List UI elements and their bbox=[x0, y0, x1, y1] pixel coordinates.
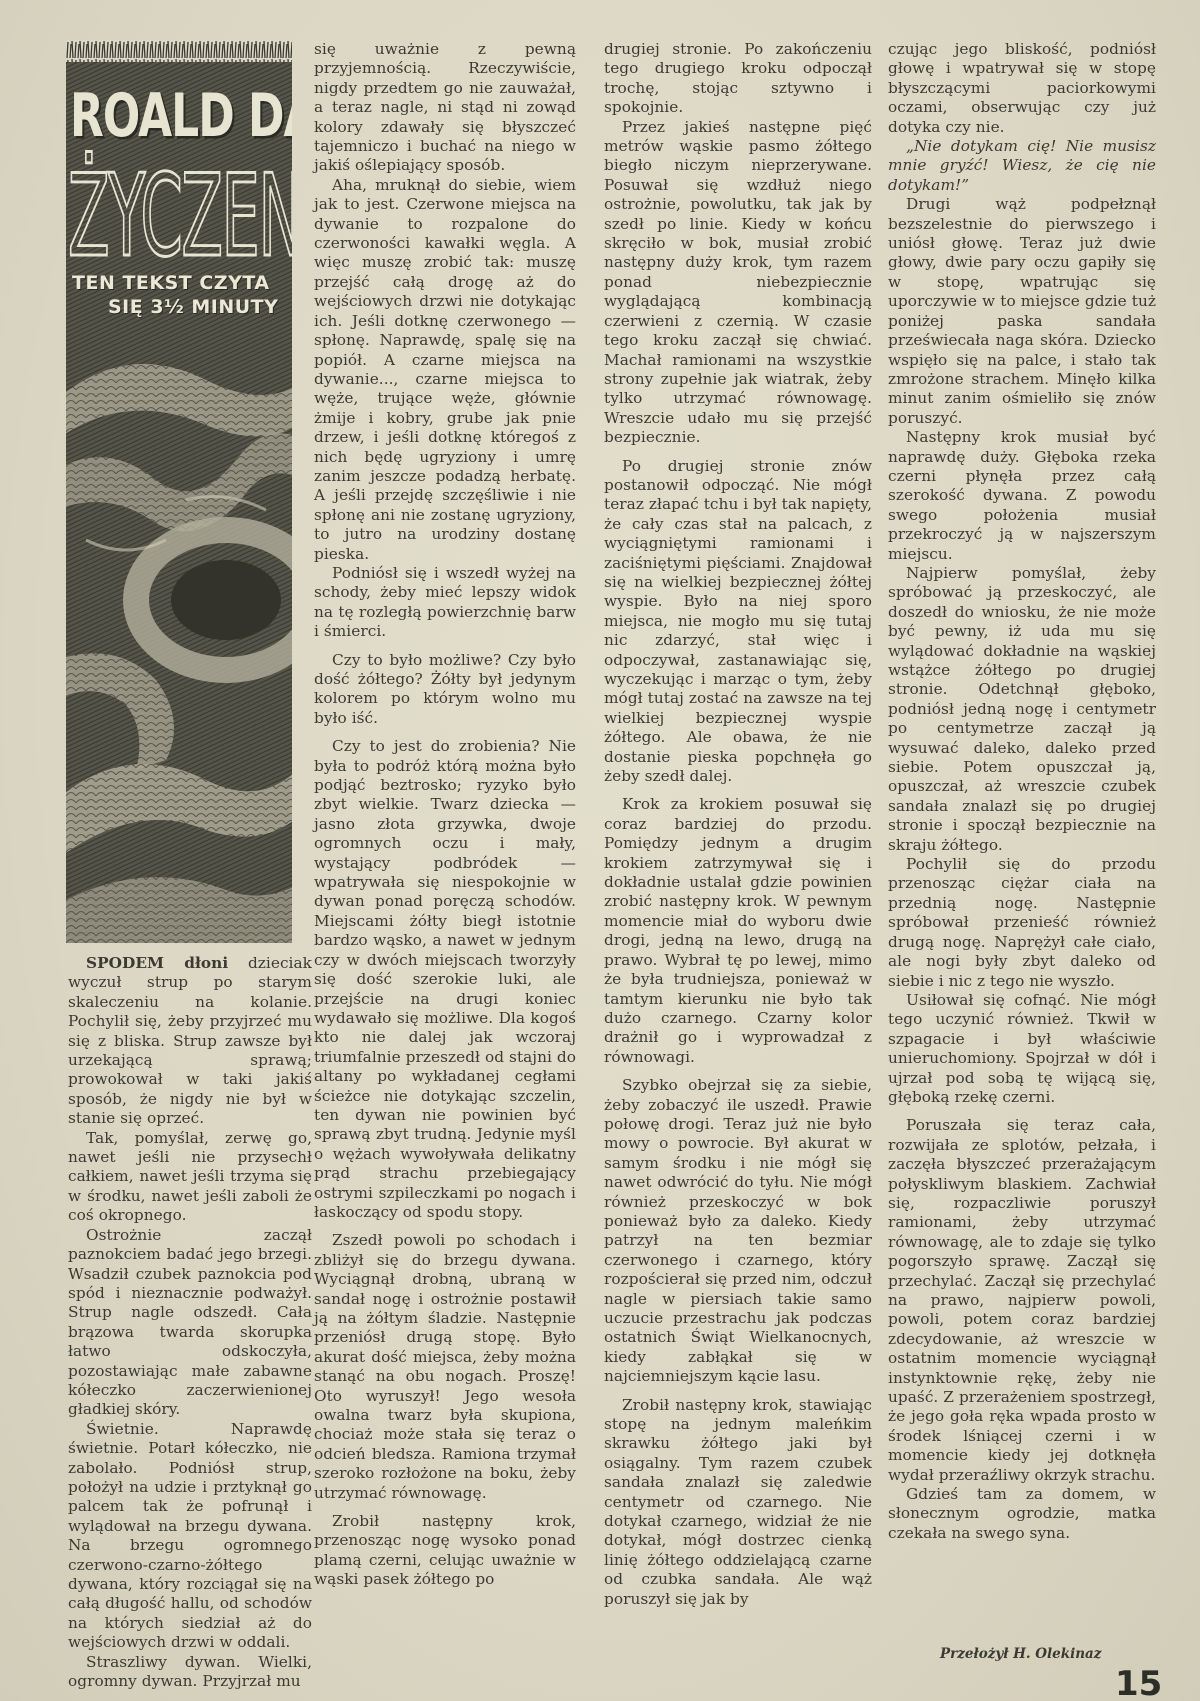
paragraph: Zrobił następny krok, stawiając stopę na… bbox=[604, 1396, 872, 1609]
paragraph: Krok za krokiem posuwał się coraz bardzi… bbox=[604, 795, 872, 1067]
paragraph: drugiej stronie. Po zakończeniu tego dru… bbox=[604, 40, 872, 118]
paragraph: się uważnie z pewną przyjemnością. Rzecz… bbox=[314, 40, 576, 176]
paragraph: Po drugiej stronie znów postanowił odpoc… bbox=[604, 457, 872, 787]
paragraph: Świetnie. Naprawdę świetnie. Potarł kółe… bbox=[68, 1420, 312, 1653]
paragraph: Drugi wąż podpełznął bezszelestnie do pi… bbox=[888, 195, 1156, 428]
text-column-1: SPODEM dłoni dzieciak wyczuł strup po st… bbox=[68, 954, 312, 1691]
text-column-2: się uważnie z pewną przyjemnością. Rzecz… bbox=[314, 40, 576, 1590]
paragraph: Szybko obejrzał się za siebie, żeby zoba… bbox=[604, 1076, 872, 1387]
paragraph: czując jego bliskość, podniósł głowę i w… bbox=[888, 40, 1156, 137]
paragraph: Pochylił się do przodu przenosząc ciężar… bbox=[888, 855, 1156, 991]
paragraph: Tak, pomyślał, zerwę go, nawet jeśli nie… bbox=[68, 1129, 312, 1226]
title-block: ROALD DAHL ŻYCZENIE TEN TEKST CZYTA SIĘ … bbox=[66, 40, 292, 340]
paragraph: Podniósł się i wszedł wyżej na schody, ż… bbox=[314, 564, 576, 642]
reading-time-line-1: TEN TEKST CZYTA bbox=[72, 272, 270, 294]
paragraph: Następny krok musiał być naprawdę duży. … bbox=[888, 428, 1156, 564]
paragraph: Poruszała się teraz cała, rozwijała ze s… bbox=[888, 1116, 1156, 1485]
paragraph: Przez jakieś następne pięć metrów wąskie… bbox=[604, 118, 872, 448]
story-title: ŻYCZENIE bbox=[68, 152, 241, 283]
paragraph: Zszedł powoli po schodach i zbliżył się … bbox=[314, 1231, 576, 1503]
paragraph: Aha, mruknął do siebie, wiem jak to jest… bbox=[314, 176, 576, 564]
paragraph: Czy to było możliwe? Czy było dość żółte… bbox=[314, 651, 576, 729]
text-column-3: drugiej stronie. Po zakończeniu tego dru… bbox=[604, 40, 872, 1609]
paragraph: Straszliwy dywan. Wielki, ogromny dywan.… bbox=[68, 1653, 312, 1692]
translator-credit: Przełożył H. Olekinaz bbox=[940, 1646, 1101, 1662]
paragraph: SPODEM dłoni dzieciak wyczuł strup po st… bbox=[68, 954, 312, 1129]
paragraph: Najpierw pomyślał, żeby spróbować ją prz… bbox=[888, 564, 1156, 855]
paragraph: Usiłował się cofnąć. Nie mógł tego uczyn… bbox=[888, 991, 1156, 1107]
text-column-4: czując jego bliskość, podniósł głowę i w… bbox=[888, 40, 1156, 1543]
reading-time-line-2: SIĘ 3½ MINUTY bbox=[108, 296, 278, 318]
paragraph: Zrobił następny krok, przenosząc nogę wy… bbox=[314, 1512, 576, 1590]
lead-in: SPODEM dłoni bbox=[86, 954, 228, 972]
author-name: ROALD DAHL bbox=[70, 82, 288, 151]
italic-dialogue: „Nie dotykam cię! Nie musisz mnie gryźć!… bbox=[888, 137, 1156, 195]
story-illustration: ROALD DAHL ŻYCZENIE TEN TEKST CZYTA SIĘ … bbox=[66, 40, 292, 943]
paragraph: Gdzieś tam za domem, w słonecznym ogrodz… bbox=[888, 1485, 1156, 1543]
magazine-page: ROALD DAHL ŻYCZENIE TEN TEKST CZYTA SIĘ … bbox=[0, 0, 1200, 1701]
paragraph-text: dzieciak wyczuł strup po starym skalecze… bbox=[68, 954, 312, 1127]
paragraph: Ostrożnie zaczął paznokciem badać jego b… bbox=[68, 1226, 312, 1420]
paragraph: Czy to jest do zrobienia? Nie była to po… bbox=[314, 737, 576, 1222]
page-number: 15 bbox=[1115, 1664, 1162, 1701]
